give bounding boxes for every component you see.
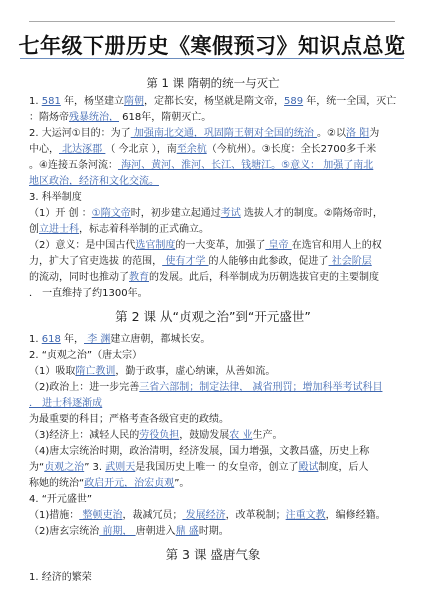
text: 1. — [29, 334, 42, 345]
text: （2)唐玄宗统治 — [29, 526, 99, 537]
fill-answer: 鼎 盛 — [176, 526, 199, 537]
text: 。④连接五条河流： — [29, 160, 118, 171]
l1-p3-s2-line4: ． 一直维持了约1300年。 — [29, 286, 397, 302]
text: 的流动，同时也推动了 — [29, 272, 129, 283]
l1-p2-line4: 地区政治，经济和文化交流。 — [29, 174, 397, 190]
lesson-1-title: 第 1 课 隋朝的统一与灭亡 — [29, 75, 397, 91]
document-title: 七年级下册历史《寒假预习》知识点总览 — [0, 30, 424, 60]
text: 时期。 — [199, 526, 229, 537]
l1-p3-s2-line1: （2）意义：是中国古代选官制度的一大变革，加强了 皇帝 在选官和用人上的权 — [29, 238, 397, 254]
fill-answer: 劳役负担 — [139, 430, 179, 441]
text: ：隋炀帝 — [29, 112, 69, 123]
text: 中心， — [29, 144, 59, 155]
text: 建立唐朝，都城长安。 — [110, 334, 210, 345]
fill-answer: 589 — [284, 96, 303, 107]
text: ，编修经籍。 — [326, 510, 386, 521]
text: （今杭州）。③长度：全长2700多千米 — [207, 144, 376, 155]
fill-answer: ①隋文帝 — [92, 208, 131, 219]
text: 唐朝进入 — [136, 526, 176, 537]
text: 2. 大运河①目的：为了 — [29, 128, 131, 139]
l2-p2-s4-line1: （4)唐太宗统治时期，政治清明，经济发展，国力增强，文教昌盛，历史上称 — [29, 444, 397, 460]
text: 年， — [61, 334, 84, 345]
fill-answer: 立进士科 — [39, 224, 79, 235]
l1-p3-heading: 3. 科举制度 — [29, 190, 397, 206]
fill-answer: 教育 — [129, 272, 149, 283]
fill-answer: 社会阶层 — [329, 256, 372, 267]
text: ，勤于政事，虚心纳谏，从善如流。 — [115, 366, 275, 377]
text: 618年，隋朝灭亡。 — [119, 112, 211, 123]
text: ，鼓励发展 — [179, 430, 229, 441]
text: ，改革税制； — [226, 510, 286, 521]
l2-p2-s2-line2: ． 进士科逐渐成 — [29, 396, 397, 412]
lesson-3-title: 第 3 课 盛唐气象 — [29, 547, 397, 563]
text: ” 3. — [84, 462, 105, 473]
text: 年，杨坚建立 — [61, 96, 124, 107]
text: 是我国历史上唯一 的女皇帝，创立了 — [135, 462, 298, 473]
fill-answer: 贞观之治 — [44, 462, 84, 473]
l2-p2-s4-line3: 称她的统治“政启开元，治宏贞观”。 — [29, 476, 397, 492]
l1-p1-line1: 1. 581 年，杨坚建立隋朝，定都长安，杨坚就是隋文帝，589 年，统一全国，… — [29, 94, 397, 110]
fill-answer: 政启开元，治宏贞观 — [84, 478, 174, 489]
fill-answer: 北达涿郡 — [59, 144, 105, 155]
l2-p4-s1: （1)措施： 整顿吏治，裁减冗员； 发展经济，改革税制；注重文教，编修经籍。 — [29, 508, 397, 524]
text: 时，初步建立起通过 — [131, 208, 221, 219]
text: 年，统一全国，灭亡 — [303, 96, 396, 107]
text: 在选官和用人上的权 — [292, 240, 382, 251]
text: ，定都长安，杨坚就是隋文帝， — [144, 96, 284, 107]
l1-p1-line2: ：隋炀帝残暴统治， 618年，隋朝灭亡。 — [29, 110, 397, 126]
text: 为“ — [29, 462, 44, 473]
fill-answer: 三省六部制；制定法律， 减省刑罚；增加科举考试科目 — [139, 382, 382, 393]
fill-answer: 殿试 — [298, 462, 318, 473]
fill-answer: 农 业 — [229, 430, 252, 441]
fill-answer: 使有才学 — [162, 256, 208, 267]
fill-answer: 选官制度 — [135, 240, 175, 251]
l1-p3-s2-line3: 的流动，同时也推动了教育的发展。此后，科举制成为历朝选拔官吏的主要制度 — [29, 270, 397, 286]
l2-p2-s2-line1: （2)政治上：进一步完善三省六部制；制定法律， 减省刑罚；增加科举考试科目 — [29, 380, 397, 396]
text: 创 — [29, 224, 39, 235]
fill-answer: 海河、黄河、淮河、长江、钱塘江。⑤意义： 加强了南北 — [118, 160, 373, 171]
text: 为 — [369, 128, 379, 139]
fill-answer: 残暴统治， — [69, 112, 119, 123]
l2-p2-s2-line3: 为最重要的科目；严格考查各级官吏的政绩。 — [29, 412, 397, 428]
text: 。②以 — [317, 128, 346, 139]
text: 的一大变革，加强了 — [175, 240, 265, 251]
fill-answer: 581 — [42, 96, 61, 107]
l1-p2-line1: 2. 大运河①目的：为了 加强南北交通，巩固隋王朝对全国的统治 。②以洛 阳为 — [29, 126, 397, 142]
fill-answer: 整顿吏治 — [79, 510, 122, 521]
fill-answer: 注重文教 — [286, 510, 326, 521]
l2-p4-heading: 4. “开元盛世” — [29, 492, 397, 508]
text: （1）开 创 ： — [29, 208, 92, 219]
text: （1)措施： — [29, 510, 79, 521]
text: （3)经济上：减轻人民的 — [29, 430, 139, 441]
text: 的发展。此后，科举制成为历朝选拔官吏的主要制度 — [149, 272, 379, 283]
text: ，标志着科举制的正式确立。 — [79, 224, 209, 235]
fill-answer: 李 渊 — [84, 334, 110, 345]
fill-answer: ． 进士科逐渐成 — [29, 398, 102, 409]
l3-p1-heading: 1. 经济的繁荣 — [29, 570, 397, 586]
l2-p1: 1. 618 年， 李 渊建立唐朝，都城长安。 — [29, 332, 397, 348]
top-divider — [29, 21, 395, 22]
l2-p2-s4-line2: 为“贞观之治” 3. 武则天是我国历史上唯一 的女皇帝，创立了殿试制度，后人 — [29, 460, 397, 476]
lesson-2-title: 第 2 课 从“贞观之治”到“开元盛世” — [29, 309, 397, 325]
text: ”。 — [174, 478, 189, 489]
text: 选拔人才的制度。②隋炀帝时， — [241, 208, 383, 219]
l1-p2-line3: 。④连接五条河流： 海河、黄河、淮河、长江、钱塘江。⑤意义： 加强了南北 — [29, 158, 397, 174]
l2-p2-s3: （3)经济上：减轻人民的劳役负担，鼓励发展农 业生产。 — [29, 428, 397, 444]
fill-answer: 前期， — [99, 526, 135, 537]
fill-answer: 皇帝 — [265, 240, 291, 251]
text: 1. — [29, 96, 42, 107]
fill-answer: 武则天 — [105, 462, 135, 473]
text: 的人能够由此参政，促进了 — [209, 256, 329, 267]
l1-p3-s2-line2: 力，扩大了官吏选拔 的范围， 使有才学 的人能够由此参政，促进了 社会阶层 — [29, 254, 397, 270]
fill-answer: 618 — [42, 334, 61, 345]
text: （ 今北京 ），南 — [105, 144, 176, 155]
text: ，裁减冗员； — [122, 510, 182, 521]
fill-answer: 发展经济 — [182, 510, 225, 521]
text: （2）意义：是中国古代 — [29, 240, 135, 251]
text: 称她的统治“ — [29, 478, 84, 489]
title-underline — [20, 58, 404, 59]
l1-p3-s1-line1: （1）开 创 ：①隋文帝时，初步建立起通过考试 选拔人才的制度。②隋炀帝时， — [29, 206, 397, 222]
fill-answer: 加强南北交通，巩固隋王朝对全国的统治 — [131, 128, 317, 139]
text: 生产。 — [252, 430, 282, 441]
text: 力，扩大了官吏选拔 的范围， — [29, 256, 162, 267]
text: （2)政治上：进一步完善 — [29, 382, 139, 393]
l1-p3-s1-line2: 创立进士科，标志着科举制的正式确立。 — [29, 222, 397, 238]
fill-answer: 考试 — [221, 208, 241, 219]
l2-p2-s1: （1）吸取隋亡教训，勤于政事，虚心纳谏，从善如流。 — [29, 364, 397, 380]
fill-answer: 至余杭 — [177, 144, 207, 155]
l1-p2-line2: 中心， 北达涿郡 （ 今北京 ），南至余杭（今杭州）。③长度：全长2700多千米 — [29, 142, 397, 158]
fill-answer: 隋亡教训 — [75, 366, 115, 377]
fill-answer: 洛 阳 — [346, 128, 369, 139]
text: （1）吸取 — [29, 366, 75, 377]
fill-answer: 地区政治，经济和文化交流。 — [29, 176, 159, 187]
document-body: 第 1 课 隋朝的统一与灭亡 1. 581 年，杨坚建立隋朝，定都长安，杨坚就是… — [29, 75, 397, 586]
fill-answer: 隋朝 — [124, 96, 144, 107]
l2-p4-s2: （2)唐玄宗统治 前期， 唐朝进入鼎 盛时期。 — [29, 524, 397, 540]
text: 制度，后人 — [318, 462, 368, 473]
l2-p2-heading: 2. “贞观之治”（唐太宗） — [29, 348, 397, 364]
